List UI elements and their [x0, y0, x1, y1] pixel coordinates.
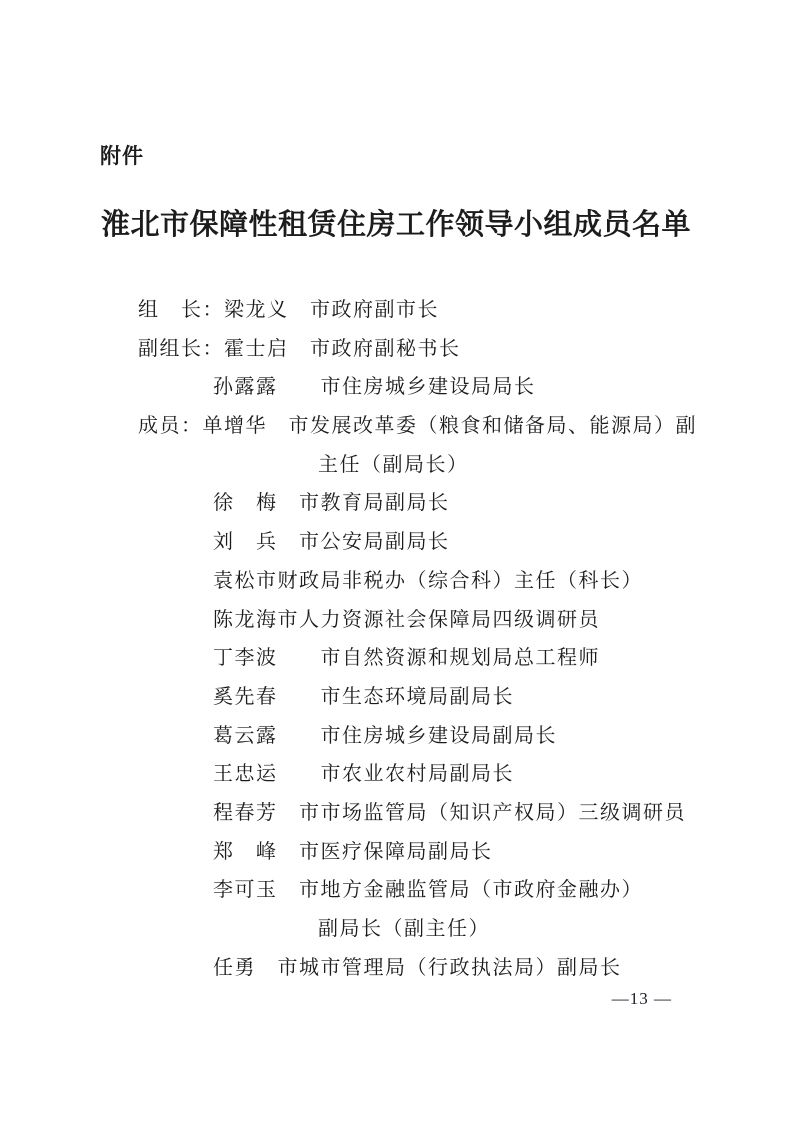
- roster-line-member-5: 陈龙海市人力资源社会保障局四级调研员: [138, 601, 738, 640]
- document-page: 附件 淮北市保障性租赁住房工作领导小组成员名单 组 长：梁龙义 市政府副市长 副…: [0, 0, 792, 1122]
- roster-line-member-1: 成员：单增华 市发展改革委（粮食和储备局、能源局）副: [138, 407, 738, 446]
- roster-line-member-2: 徐 梅 市教育局副局长: [138, 484, 738, 523]
- page-number: —13 —: [612, 989, 672, 1009]
- roster-line-member-12-cont: 副局长（副主任）: [138, 910, 738, 949]
- roster-line-member-12: 李可玉 市地方金融监管局（市政府金融办）: [138, 871, 738, 910]
- roster-line-member-13: 任勇 市城市管理局（行政执法局）副局长: [138, 949, 738, 988]
- roster-line-member-7: 奚先春 市生态环境局副局长: [138, 678, 738, 717]
- roster-list: 组 长：梁龙义 市政府副市长 副组长：霍士启 市政府副秘书长 孙露露 市住房城乡…: [138, 291, 738, 987]
- roster-line-member-9: 王忠运 市农业农村局副局长: [138, 755, 738, 794]
- roster-line-member-11: 郑 峰 市医疗保障局副局长: [138, 833, 738, 872]
- roster-line-member-8: 葛云露 市住房城乡建设局副局长: [138, 717, 738, 756]
- roster-line-member-10: 程春芳 市市场监管局（知识产权局）三级调研员: [138, 794, 738, 833]
- document-title: 淮北市保障性租赁住房工作领导小组成员名单: [0, 202, 792, 243]
- roster-line-deputy-leader-2: 孙露露 市住房城乡建设局局长: [138, 368, 738, 407]
- attachment-label: 附件: [100, 140, 144, 170]
- roster-line-member-1-cont: 主任（副局长）: [138, 446, 738, 485]
- roster-line-member-6: 丁李波 市自然资源和规划局总工程师: [138, 639, 738, 678]
- roster-line-group-leader: 组 长：梁龙义 市政府副市长: [138, 291, 738, 330]
- roster-line-deputy-leader-1: 副组长：霍士启 市政府副秘书长: [138, 330, 738, 369]
- roster-line-member-3: 刘 兵 市公安局副局长: [138, 523, 738, 562]
- roster-line-member-4: 袁松市财政局非税办（综合科）主任（科长）: [138, 562, 738, 601]
